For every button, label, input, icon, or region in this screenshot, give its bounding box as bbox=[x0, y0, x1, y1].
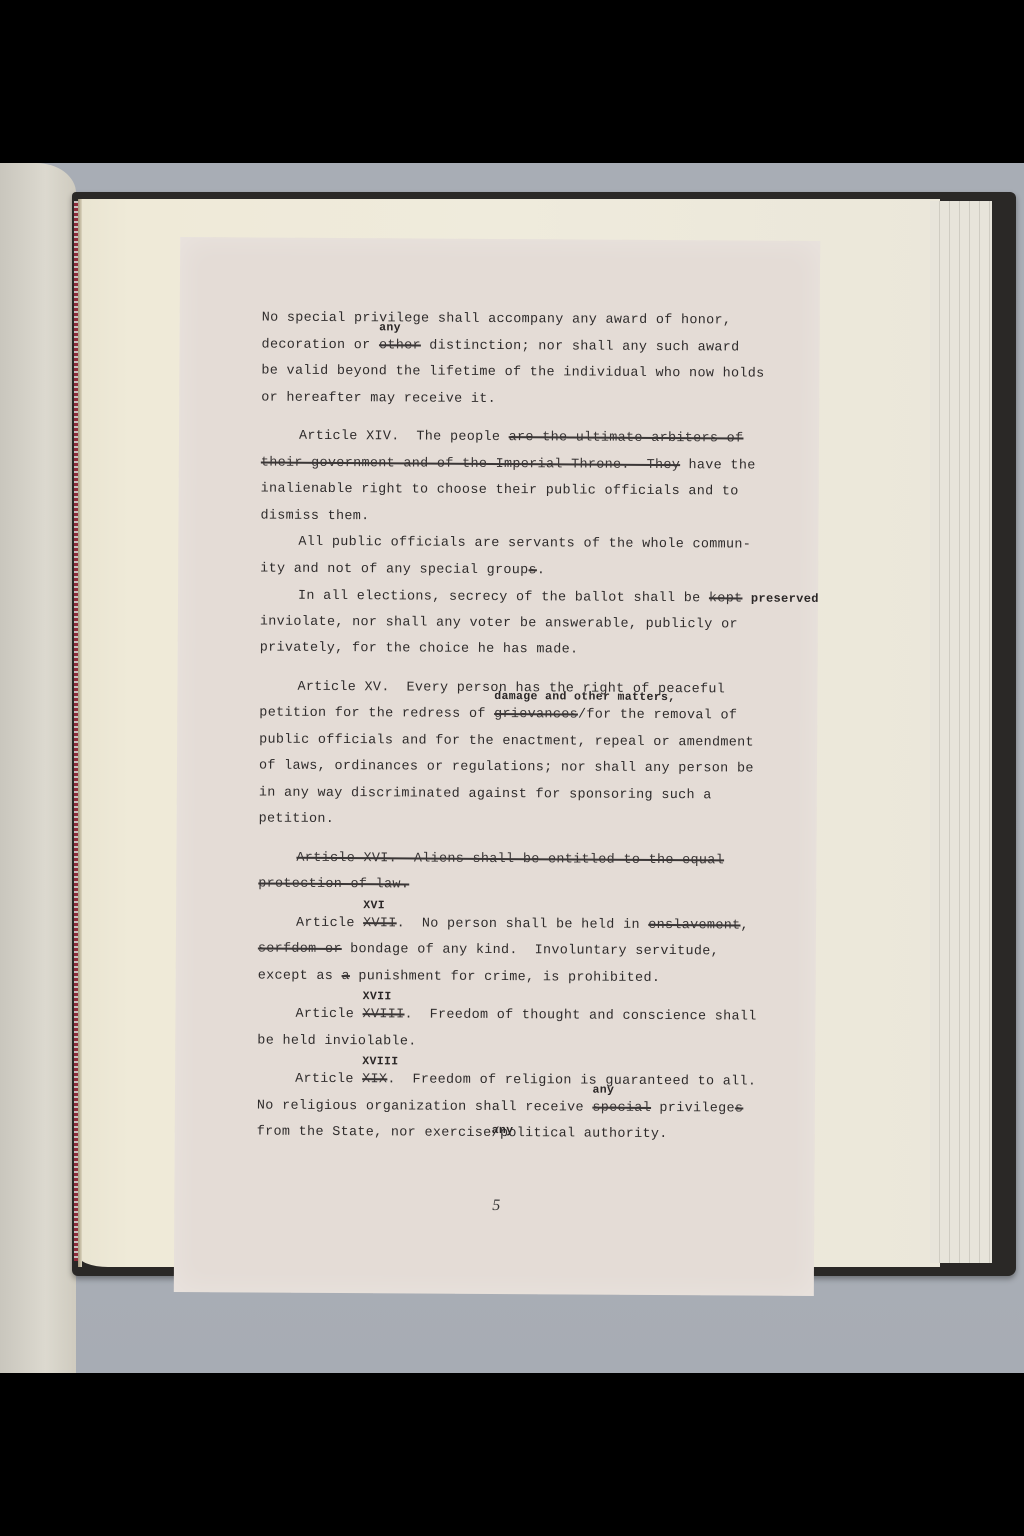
text-line: dismiss them. bbox=[260, 503, 820, 533]
typed-text-segment: petition for the redress of bbox=[259, 706, 494, 722]
text-line: Article XIV. The people are the ultimate… bbox=[261, 424, 821, 454]
inserted-text: XVII bbox=[363, 991, 392, 1003]
typed-text-segment: inviolate, nor shall any voter be answer… bbox=[260, 614, 738, 632]
paragraph-article-xviii: Article XIXXVIII. Freedom of religion is… bbox=[257, 1067, 817, 1150]
typed-text-segment: dismiss them. bbox=[260, 508, 369, 524]
struck-text: XVII bbox=[363, 916, 397, 931]
paragraph-struck-article-xvi: Article XVI. Aliens shall be entitled to… bbox=[258, 845, 818, 901]
inserted-text: XVIII bbox=[362, 1056, 398, 1068]
typed-text-segment: No religious organization shall receive bbox=[257, 1098, 593, 1115]
struck-text: grievances bbox=[494, 707, 578, 723]
typed-text-segment: have the bbox=[680, 458, 756, 473]
paragraph-article-xvii: Article XVIIIXVII. Freedom of thought an… bbox=[257, 1002, 817, 1058]
text-line: protection of law. bbox=[258, 872, 818, 902]
typed-text-segment: ity and not of any special group bbox=[260, 561, 528, 578]
typed-text-segment: of laws, ordinances or regulations; nor … bbox=[259, 759, 754, 777]
text-line: petition. bbox=[259, 807, 819, 837]
text-line: petition for the redress of grievancesda… bbox=[259, 701, 819, 731]
typed-text-segment: Article XIV. The people bbox=[299, 429, 509, 445]
typed-text-segment: or hereafter may receive it. bbox=[261, 390, 496, 406]
text-line: or hereafter may receive it. bbox=[261, 385, 821, 415]
typed-text-segment: In all elections, secrecy of the ballot … bbox=[298, 589, 709, 607]
struck-text: s bbox=[735, 1101, 743, 1116]
paragraph-elections: In all elections, secrecy of the ballot … bbox=[260, 583, 820, 666]
typed-text-segment: be valid beyond the lifetime of the indi… bbox=[261, 364, 764, 382]
correction: XVIIIXVII bbox=[362, 1002, 404, 1029]
typed-text: No special privilege shall accompany any… bbox=[257, 306, 822, 1150]
typed-text-segment: Article bbox=[296, 915, 363, 930]
paragraph-public-officials: All public officials are servants of the… bbox=[260, 530, 820, 586]
correction: specialany bbox=[592, 1095, 651, 1122]
typed-text-segment: decoration or bbox=[262, 337, 379, 353]
text-line: ity and not of any special groups. bbox=[260, 556, 820, 586]
typed-text-segment: punishment for crime, is prohibited. bbox=[350, 969, 660, 986]
correction: XIXXVIII bbox=[362, 1067, 387, 1094]
typed-text-segment: distinction; nor shall any such award bbox=[421, 338, 740, 355]
struck-text: XIX bbox=[362, 1072, 387, 1087]
text-line: Article XVIIXVI. No person shall be held… bbox=[258, 910, 818, 940]
text-line: decoration or otherany distinction; nor … bbox=[261, 332, 821, 362]
correction: grievancesdamage and other matters, bbox=[494, 702, 578, 729]
typed-text-segment: be held inviolable. bbox=[257, 1033, 416, 1049]
typed-text-segment: /political authority. bbox=[492, 1126, 668, 1142]
text-line: Article XVIIIXVII. Freedom of thought an… bbox=[257, 1002, 817, 1032]
paragraph-article-xvi: Article XVIIXVI. No person shall be held… bbox=[258, 910, 818, 993]
struck-text: s bbox=[528, 563, 536, 578]
text-line: privately, for the choice he has made. bbox=[260, 636, 820, 666]
struck-text: kept bbox=[709, 591, 743, 606]
text-line: in any way discriminated against for spo… bbox=[259, 780, 819, 810]
text-line: from the State, nor exerciseany/politica… bbox=[257, 1120, 817, 1150]
text-line: No religious organization shall receive … bbox=[257, 1093, 817, 1123]
typed-text-segment: , bbox=[740, 918, 748, 933]
text-line: In all elections, secrecy of the ballot … bbox=[260, 583, 820, 613]
text-line: serfdom or bondage of any kind. Involunt… bbox=[258, 937, 818, 967]
inserted-text: any bbox=[492, 1125, 514, 1137]
typed-text-segment: /for the removal of bbox=[578, 707, 737, 723]
struck-text: are the ultimate arbiters of bbox=[509, 430, 744, 446]
typed-text-segment: except as bbox=[258, 968, 342, 984]
struck-text: enslavement bbox=[648, 917, 740, 933]
text-line: Article XIXXVIII. Freedom of religion is… bbox=[257, 1067, 817, 1097]
typed-text-segment bbox=[742, 591, 750, 606]
text-line: be held inviolable. bbox=[257, 1028, 817, 1058]
text-line: of laws, ordinances or regulations; nor … bbox=[259, 754, 819, 784]
typed-text-segment: privilege bbox=[651, 1100, 735, 1116]
inserted-text: XVI bbox=[363, 900, 385, 912]
inserted-text: any bbox=[379, 322, 401, 334]
text-line: their government and of the Imperial Thr… bbox=[261, 450, 821, 480]
typed-text-segment: Article bbox=[295, 1072, 362, 1087]
inserted-text: preserved bbox=[751, 592, 819, 606]
typed-text-segment: Article bbox=[295, 1007, 362, 1022]
left-page-edge bbox=[0, 163, 76, 1373]
inserted-text: damage and other matters, bbox=[494, 691, 675, 704]
struck-text: other bbox=[379, 338, 421, 353]
struck-text: their government and of the Imperial Thr… bbox=[261, 455, 680, 473]
struck-text: special bbox=[592, 1100, 651, 1115]
page-gutter bbox=[78, 199, 82, 1267]
typed-text-segment: in any way discriminated against for spo… bbox=[259, 785, 712, 803]
typed-sheet: No special privilege shall accompany any… bbox=[174, 237, 820, 1296]
typed-text-segment: petition. bbox=[259, 812, 335, 827]
typed-text-segment: from the State, nor exercise bbox=[257, 1125, 492, 1141]
typed-text-segment: public officials and for the enactment, … bbox=[259, 732, 754, 750]
paragraph-privilege: No special privilege shall accompany any… bbox=[261, 306, 822, 415]
page-number: 5 bbox=[492, 1197, 500, 1215]
correction: XVIIXVI bbox=[363, 911, 397, 938]
text-line: Article XVI. Aliens shall be entitled to… bbox=[258, 845, 818, 875]
typed-text-segment: . bbox=[537, 563, 545, 578]
correction: otherany bbox=[379, 333, 421, 360]
paragraph-article-xv: Article XV. Every person has the right o… bbox=[259, 674, 820, 836]
text-line: inviolate, nor shall any voter be answer… bbox=[260, 609, 820, 639]
text-line: be valid beyond the lifetime of the indi… bbox=[261, 359, 821, 389]
page-stack-edges bbox=[930, 201, 992, 1263]
typed-text-segment: inalienable right to choose their public… bbox=[261, 482, 739, 500]
struck-text: serfdom or bbox=[258, 942, 342, 958]
text-line: inalienable right to choose their public… bbox=[261, 477, 821, 507]
typed-text-segment: bondage of any kind. Involuntary servitu… bbox=[342, 942, 719, 959]
typed-text-segment: . Freedom of religion is guaranteed to a… bbox=[387, 1072, 756, 1089]
text-line: All public officials are servants of the… bbox=[260, 530, 820, 560]
text-line: except as a punishment for crime, is pro… bbox=[258, 963, 818, 993]
struck-text: Article XVI. Aliens shall be entitled to… bbox=[296, 850, 724, 868]
text-line: public officials and for the enactment, … bbox=[259, 727, 819, 757]
text-line: No special privilege shall accompany any… bbox=[262, 306, 822, 336]
book-photo: No special privilege shall accompany any… bbox=[0, 163, 1024, 1373]
typed-text-segment: privately, for the choice he has made. bbox=[260, 641, 579, 658]
typed-text-segment: All public officials are servants of the… bbox=[298, 535, 751, 553]
struck-text: XVIII bbox=[363, 1007, 405, 1022]
typed-text-segment: No special privilege shall accompany any… bbox=[262, 311, 732, 329]
inserted-text: any bbox=[592, 1084, 614, 1096]
struck-text: protection of law. bbox=[258, 877, 409, 893]
typed-text-segment: . Freedom of thought and conscience shal… bbox=[404, 1007, 756, 1024]
typed-text-segment: . No person shall be held in bbox=[397, 916, 649, 933]
paragraph-article-xiv: Article XIV. The people are the ultimate… bbox=[260, 424, 821, 533]
